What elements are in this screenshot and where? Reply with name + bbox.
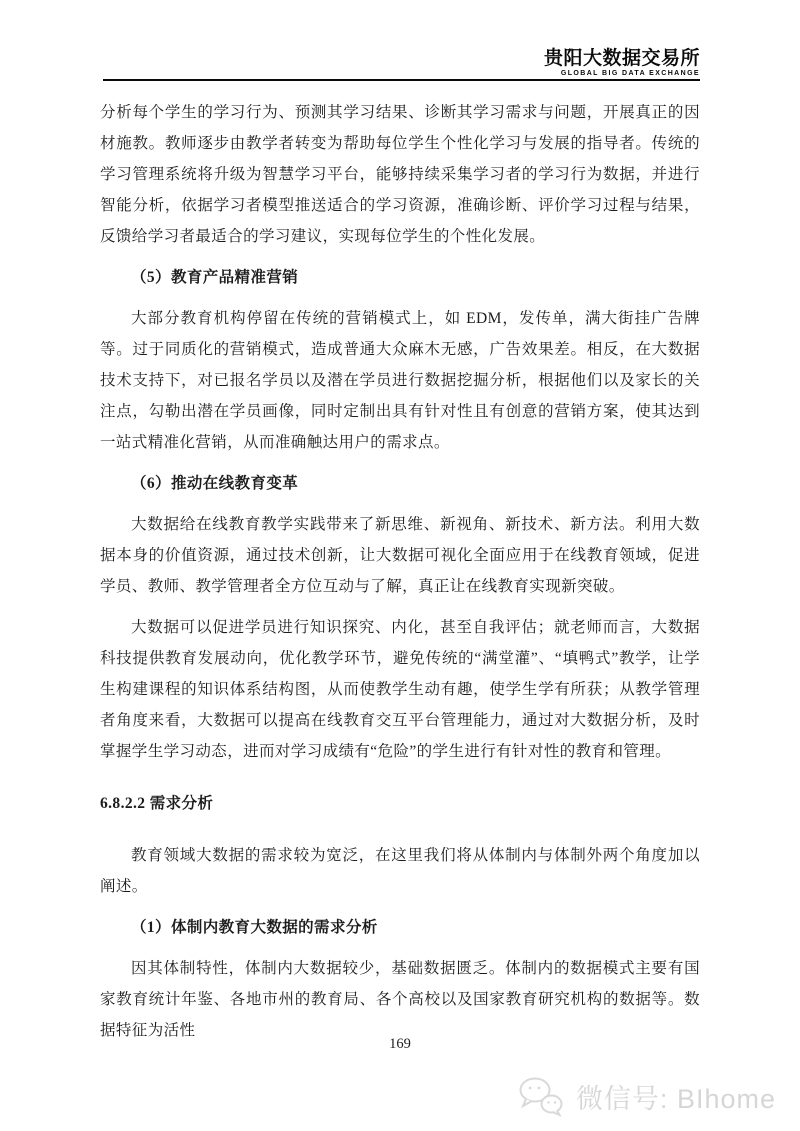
page-header: 贵阳大数据交易所 GLOBAL BIG DATA EXCHANGE [103, 48, 700, 81]
paragraph-online-education-2: 大数据可以促进学员进行知识探究、内化，甚至自我评估；就老师而言，大数据科技提供教… [100, 612, 700, 767]
logo-english-subtitle: GLOBAL BIG DATA EXCHANGE [103, 69, 700, 78]
document-body: 分析每个学生的学习行为、预测其学习结果、诊断其学习需求与问题，开展真正的因材施教… [100, 97, 700, 1056]
subheading-1-institutional-demand: （1）体制内教育大数据的需求分析 [100, 912, 700, 943]
paragraph-institutional-cutoff: 因其体制特性，体制内大数据较少，基础数据匮乏。体制内的数据模式主要有国家教育统计… [100, 953, 700, 1046]
page-number: 169 [0, 1036, 800, 1053]
paragraph-continuation: 分析每个学生的学习行为、预测其学习结果、诊断其学习需求与问题，开展真正的因材施教… [100, 97, 700, 252]
logo-chinese-title: 贵阳大数据交易所 [103, 48, 700, 69]
document-page: 贵阳大数据交易所 GLOBAL BIG DATA EXCHANGE 分析每个学生… [0, 0, 800, 1131]
subheading-6-online-education: （6）推动在线教育变革 [100, 468, 700, 499]
section-heading-6822-demand-analysis: 6.8.2.2 需求分析 [100, 788, 700, 819]
subheading-5-precision-marketing: （5）教育产品精准营销 [100, 262, 700, 293]
paragraph-demand-intro: 教育领域大数据的需求较为宽泛，在这里我们将从体制内与体制外两个角度加以阐述。 [100, 840, 700, 902]
watermark-text: 微信号: BIhome [576, 1077, 776, 1116]
wechat-icon [518, 1075, 564, 1117]
wechat-watermark: 微信号: BIhome [518, 1075, 776, 1117]
paragraph-online-education-1: 大数据给在线教育教学实践带来了新思维、新视角、新技术、新方法。利用大数据本身的价… [100, 509, 700, 602]
paragraph-marketing: 大部分教育机构停留在传统的营销模式上，如 EDM，发传单，满大街挂广告牌等。过于… [100, 303, 700, 458]
